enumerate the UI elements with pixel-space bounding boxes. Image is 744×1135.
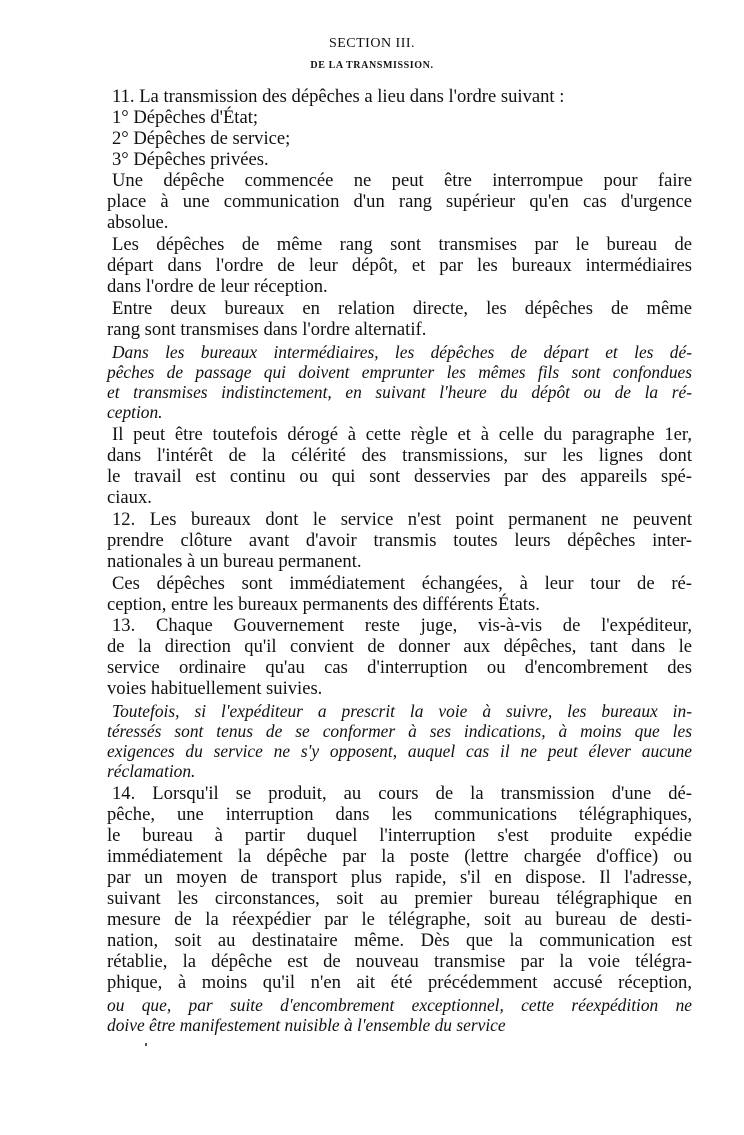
text-line: 12. Les bureaux dont le service n'est po… [112,509,692,531]
text-line: 2° Dépêches de service; [112,128,692,150]
text-line: réclamation. [107,760,692,782]
text-line: dans l'ordre de leur réception. [107,276,692,298]
text-line: téressés sont tenus de se conformer à se… [107,720,692,742]
document-page: SECTION III. DE LA TRANSMISSION. 11. La … [0,0,744,1135]
section-title: SECTION III. [0,36,744,52]
text-line: pêches de passage qui doivent emprunter … [107,361,692,383]
text-line: Dans les bureaux intermédiaires, les dép… [112,341,692,363]
text-line: pêche, une interruption dans les communi… [107,804,692,826]
text-line: Une dépêche commencée ne peut être inter… [112,170,692,192]
text-line: 13. Chaque Gouvernement reste juge, vis-… [112,615,692,637]
text-line: 14. Lorsqu'il se produit, au cours de la… [112,783,692,805]
text-line: départ dans l'ordre de leur dépôt, et pa… [107,255,692,277]
text-line: exigences du service ne s'y opposent, au… [107,740,692,762]
text-line: doive être manifestement nuisible à l'en… [107,1014,692,1036]
text-line: ception, entre les bureaux permanents de… [107,594,692,616]
text-line: immédiatement la dépêche par la poste (l… [107,846,692,868]
text-line: mesure de la réexpédier par le télégraph… [107,909,692,931]
text-line: nationales à un bureau permanent. [107,551,692,573]
text-line: rang sont transmises dans l'ordre altern… [107,319,692,341]
text-line: service ordinaire qu'au cas d'interrupti… [107,657,692,679]
text-line: Toutefois, si l'expéditeur a prescrit la… [112,700,692,722]
text-line: prendre clôture avant d'avoir transmis t… [107,530,692,552]
text-line: Ces dépêches sont immédiatement échangée… [112,573,692,595]
text-line: 1° Dépêches d'État; [112,107,692,129]
text-line: suivant les circonstances, soit au premi… [107,888,692,910]
text-line: Les dépêches de même rang sont transmise… [112,234,692,256]
text-line: par un moyen de transport plus rapide, s… [107,867,692,889]
text-line: Entre deux bureaux en relation directe, … [112,298,692,320]
text-line: ou que, par suite d'encombrement excepti… [107,994,692,1016]
text-line: phique, à moins qu'il n'en ait été précé… [107,972,692,994]
text-line: dans l'intérêt de la célérité des transm… [107,445,692,467]
print-speck [145,1043,147,1046]
text-line: 11. La transmission des dépêches a lieu … [112,86,692,108]
text-line: ciaux. [107,487,692,509]
text-line: 3° Dépêches privées. [112,149,692,171]
text-line: absolue. [107,212,692,234]
text-line: le bureau à partir duquel l'interruption… [107,825,692,847]
text-line: rétablie, la dépêche est de nouveau tran… [107,951,692,973]
text-line: ception. [107,401,692,423]
text-line: nation, soit au destinataire même. Dès q… [107,930,692,952]
text-line: place à une communication d'un rang supé… [107,191,692,213]
text-line: le travail est continu ou qui sont desse… [107,466,692,488]
text-line: voies habituellement suivies. [107,678,692,700]
section-subtitle: DE LA TRANSMISSION. [0,60,744,71]
text-line: de la direction qu'il convient de donner… [107,636,692,658]
text-line: Il peut être toutefois dérogé à cette rè… [112,424,692,446]
text-line: et transmises indistinctement, en suivan… [107,381,692,403]
